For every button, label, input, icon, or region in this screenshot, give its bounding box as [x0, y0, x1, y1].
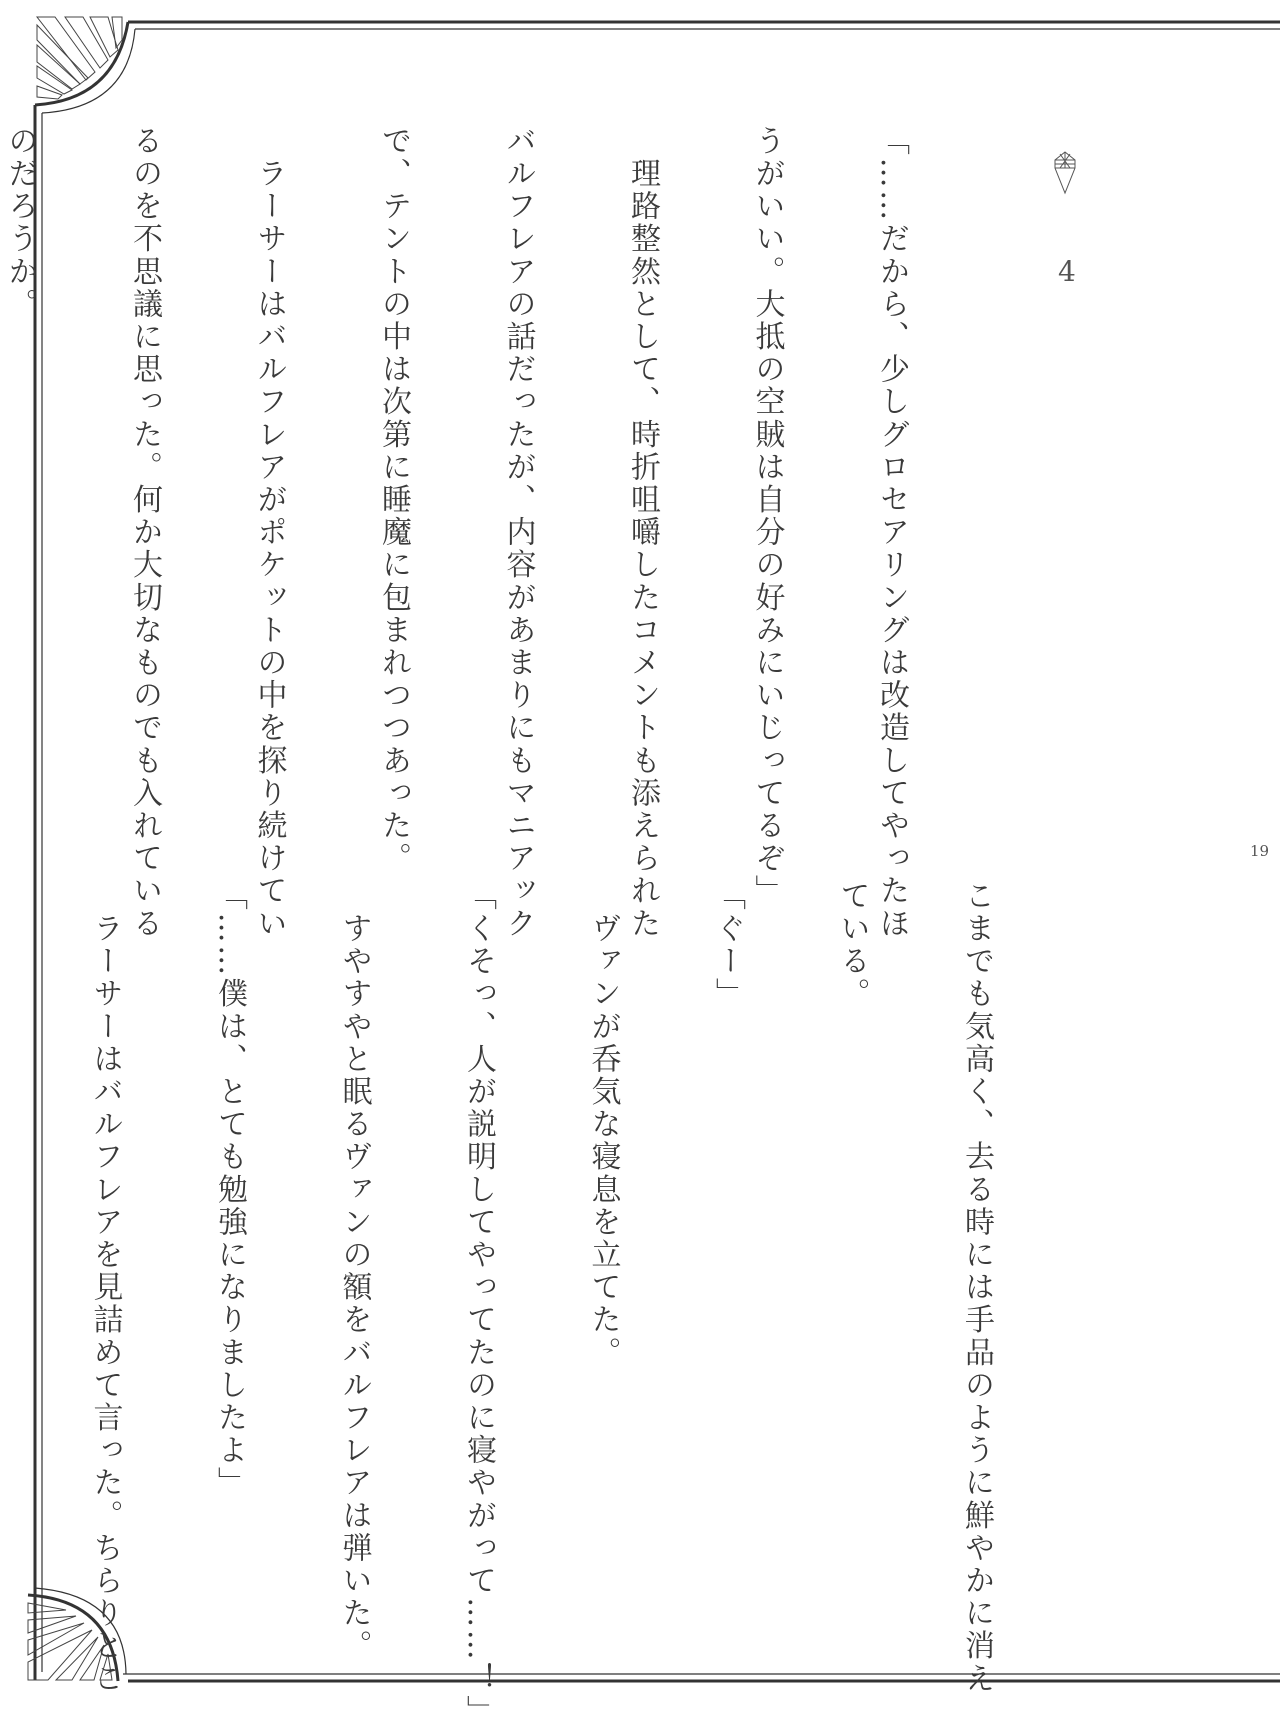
- text-column: すやすやと眠るヴァンの額をバルフレアは弾いた。: [333, 880, 375, 1460]
- sunburst-ornament-top-left: [37, 17, 122, 99]
- page-number: 19: [1250, 842, 1269, 860]
- text-column: のだろうか。: [0, 125, 41, 805]
- text-column: るのを不思議に思った。何か大切なものでも入れている: [124, 125, 166, 805]
- text-column: ている。: [831, 880, 873, 1460]
- text-column: 「……だから、少しグロセアリングは改造してやったほ: [871, 125, 913, 805]
- body-text-upper: 「……だから、少しグロセアリングは改造してやったほ うがいい。大抵の空賊は自分の…: [0, 125, 995, 805]
- text-column: 理路整然として、時折咀嚼したコメントも添えられた: [622, 125, 664, 805]
- text-column: ヴァンが呑気な寝息を立てた。: [582, 880, 624, 1460]
- text-column: ラーサーはバルフレアがポケットの中を探り続けてい: [248, 125, 290, 805]
- chapter-number: 4: [1058, 255, 1076, 288]
- body-text-lower: こまでも気高く、去る時には手品のように鮮やかに消え ている。 「ぐー」 ヴァンが…: [0, 880, 1080, 1460]
- text-column: 「ぐー」: [707, 880, 749, 1460]
- text-column: 「……僕は、とても勉強になりましたよ」: [209, 880, 251, 1460]
- crystal-icon: [1050, 150, 1080, 195]
- text-column: ラーサーはバルフレアを見詰めて言った。ちらりとこ: [84, 880, 126, 1460]
- chapter-ornament: [1050, 150, 1080, 199]
- text-column: ちらを見たバルフレアと目が合う。闇の中で見るバルフ: [0, 880, 1, 1460]
- text-column: で、テントの中は次第に睡魔に包まれつつあった。: [373, 125, 415, 805]
- text-column: うがいい。大抵の空賊は自分の好みにいじってるぞ」: [746, 125, 788, 805]
- text-column: 「くそっ、人が説明してやってたのに寝やがって……！」: [458, 880, 500, 1460]
- text-column: こまでも気高く、去る時には手品のように鮮やかに消え: [956, 880, 998, 1460]
- text-column: バルフレアの話だったが、内容があまりにもマニアック: [497, 125, 539, 805]
